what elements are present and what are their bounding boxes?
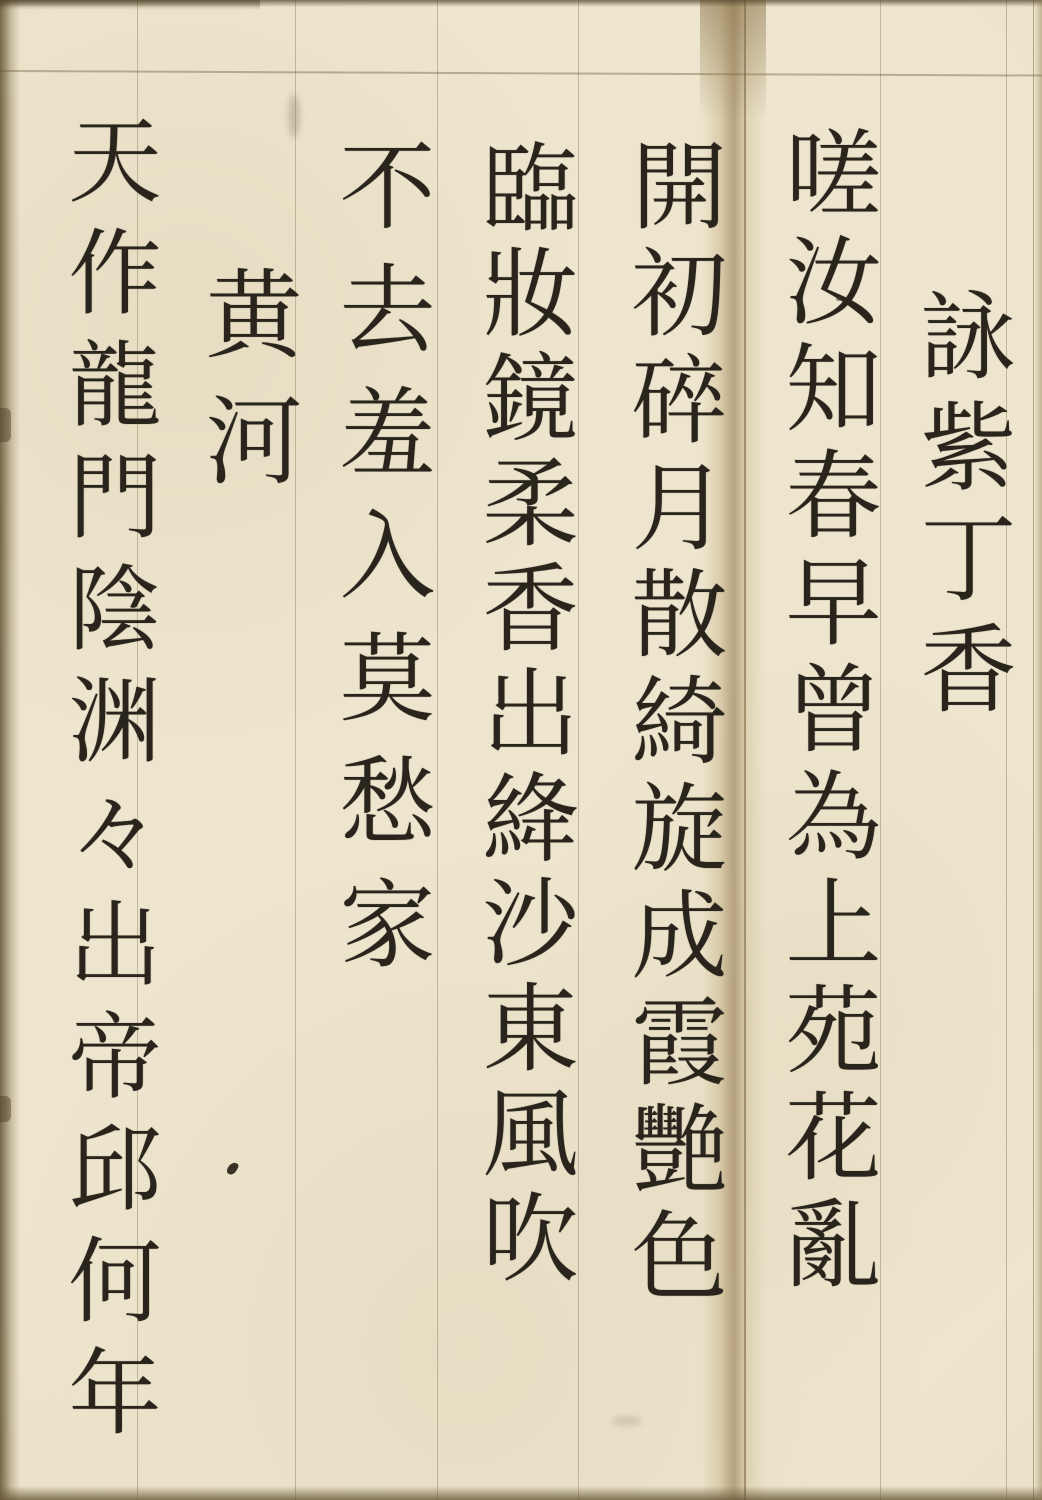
poem-title-yellow-river: 黄河 bbox=[175, 264, 315, 516]
paper-smudge bbox=[612, 1416, 642, 1426]
scan-edge-bottom bbox=[0, 1486, 1042, 1500]
top-ruling-line bbox=[0, 70, 1042, 77]
verse-column-5: 天作龍門陰渊々出帝邱何年 bbox=[40, 112, 174, 1456]
scan-edge-top bbox=[0, 0, 1042, 7]
ink-speck bbox=[836, 296, 841, 301]
scan-edge-left bbox=[0, 0, 20, 1500]
verse-column-4: 不去羞入莫愁家 bbox=[312, 136, 449, 997]
verse-column-1: 嗟汝知春早曾為上苑花亂 bbox=[758, 124, 895, 1301]
fold-crease-shadow bbox=[700, 0, 766, 120]
fold-crease-line bbox=[744, 0, 746, 1500]
column-rule-line bbox=[1006, 0, 1007, 1500]
manuscript-page: 詠紫丁香 嗟汝知春早曾為上苑花亂 開初碎月散綺旋成霞艷色 臨妝鏡柔香出絳沙東風吹… bbox=[0, 0, 1042, 1500]
column-rule-line bbox=[295, 0, 296, 1500]
ink-smudge bbox=[288, 94, 300, 138]
ink-dot bbox=[225, 1161, 239, 1177]
verse-column-3: 臨妝鏡柔香出絳沙東風吹 bbox=[455, 138, 592, 1293]
edge-mark bbox=[0, 408, 11, 442]
poem-title-lilac: 詠紫丁香 bbox=[893, 286, 1030, 730]
edge-mark bbox=[0, 1096, 11, 1122]
scan-edge-right bbox=[1034, 0, 1042, 1500]
verse-column-2: 開初碎月散綺旋成霞艷色 bbox=[604, 136, 741, 1313]
